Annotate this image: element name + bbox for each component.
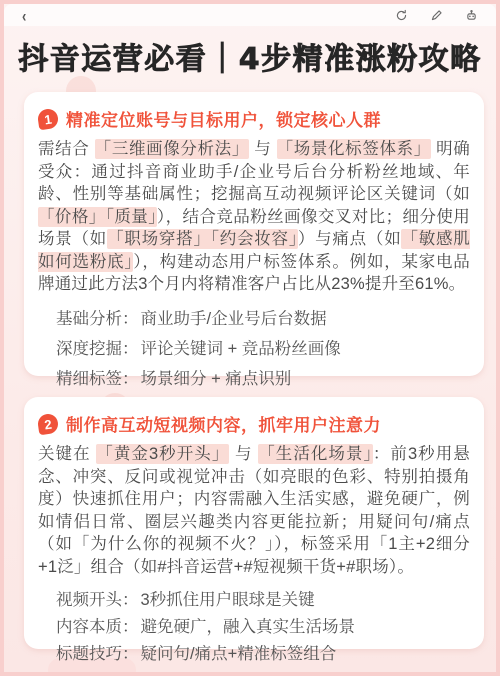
- section-1-paragraph: 需结合 「三维画像分析法」 与 「场景化标签体系」 明确受众：通过抖音商业助手/…: [38, 138, 470, 296]
- section-1-heading: 精准定位账号与目标用户，锁定核心人群: [66, 106, 381, 131]
- bullet-text: 评论关键词 + 竞品粉丝画像: [141, 340, 341, 358]
- bullet-label: 内容本质：: [56, 618, 139, 636]
- edit-pencil-icon[interactable]: [430, 9, 443, 22]
- bullet-item: 内容本质：避免硬广，融入真实生活场景: [56, 614, 470, 641]
- section-2-number-badge: 2: [37, 412, 60, 435]
- back-button[interactable]: ‹: [22, 7, 26, 24]
- section-card-positioning: 1 精准定位账号与目标用户，锁定核心人群 需结合 「三维画像分析法」 与 「场景…: [24, 92, 484, 376]
- bullet-label: 深度挖掘：: [56, 340, 139, 358]
- section-2-bullets: 视频开头：3秒抓住用户眼球是关键 内容本质：避免硬广，融入真实生活场景 标题技巧…: [38, 587, 470, 668]
- bullet-text: 疑问句/痛点+精准标签组合: [141, 645, 337, 663]
- section-2-paragraph: 关键在 「黄金3秒开头」 与 「生活化场景」：前3秒用悬念、冲突、反问或视觉冲击…: [38, 443, 470, 578]
- bullet-label: 基础分析：: [56, 310, 139, 328]
- bullet-item: 视频开头：3秒抓住用户眼球是关键: [56, 587, 470, 614]
- bullet-label: 标题技巧：: [56, 645, 139, 663]
- page-frame: ‹ 抖音运营必看｜4步精准涨粉攻略 1 精准定位账号与目标用户，锁定核心人群 需…: [0, 0, 500, 676]
- bullet-text: 商业助手/企业号后台数据: [141, 310, 327, 328]
- bullet-text: 场景细分 + 痛点识别: [141, 370, 292, 388]
- bullet-label: 视频开头：: [56, 591, 139, 609]
- bullet-item: 深度挖掘：评论关键词 + 竞品粉丝画像: [56, 335, 470, 365]
- section-1-number-badge: 1: [37, 107, 60, 130]
- bullet-label: 精细标签：: [56, 370, 139, 388]
- section-2-header: 2 制作高互动短视频内容，抓牢用户注意力: [38, 411, 470, 436]
- section-card-content: 2 制作高互动短视频内容，抓牢用户注意力 关键在 「黄金3秒开头」 与 「生活化…: [24, 397, 484, 649]
- bullet-item: 基础分析：商业助手/企业号后台数据: [56, 305, 470, 335]
- robot-icon[interactable]: [465, 9, 478, 22]
- refresh-icon[interactable]: [395, 9, 408, 22]
- section-2-heading: 制作高互动短视频内容，抓牢用户注意力: [66, 411, 381, 436]
- bullet-text: 3秒抓住用户眼球是关键: [141, 591, 315, 609]
- page-title: 抖音运营必看｜4步精准涨粉攻略: [4, 34, 496, 78]
- toolbar-actions: [395, 9, 478, 22]
- bullet-item: 精细标签：场景细分 + 痛点识别: [56, 365, 470, 395]
- bullet-text: 避免硬广，融入真实生活场景: [141, 618, 356, 636]
- section-1-header: 1 精准定位账号与目标用户，锁定核心人群: [38, 106, 470, 131]
- section-1-bullets: 基础分析：商业助手/企业号后台数据 深度挖掘：评论关键词 + 竞品粉丝画像 精细…: [38, 305, 470, 395]
- bullet-item: 标题技巧：疑问句/痛点+精准标签组合: [56, 641, 470, 668]
- toolbar: ‹: [4, 4, 496, 26]
